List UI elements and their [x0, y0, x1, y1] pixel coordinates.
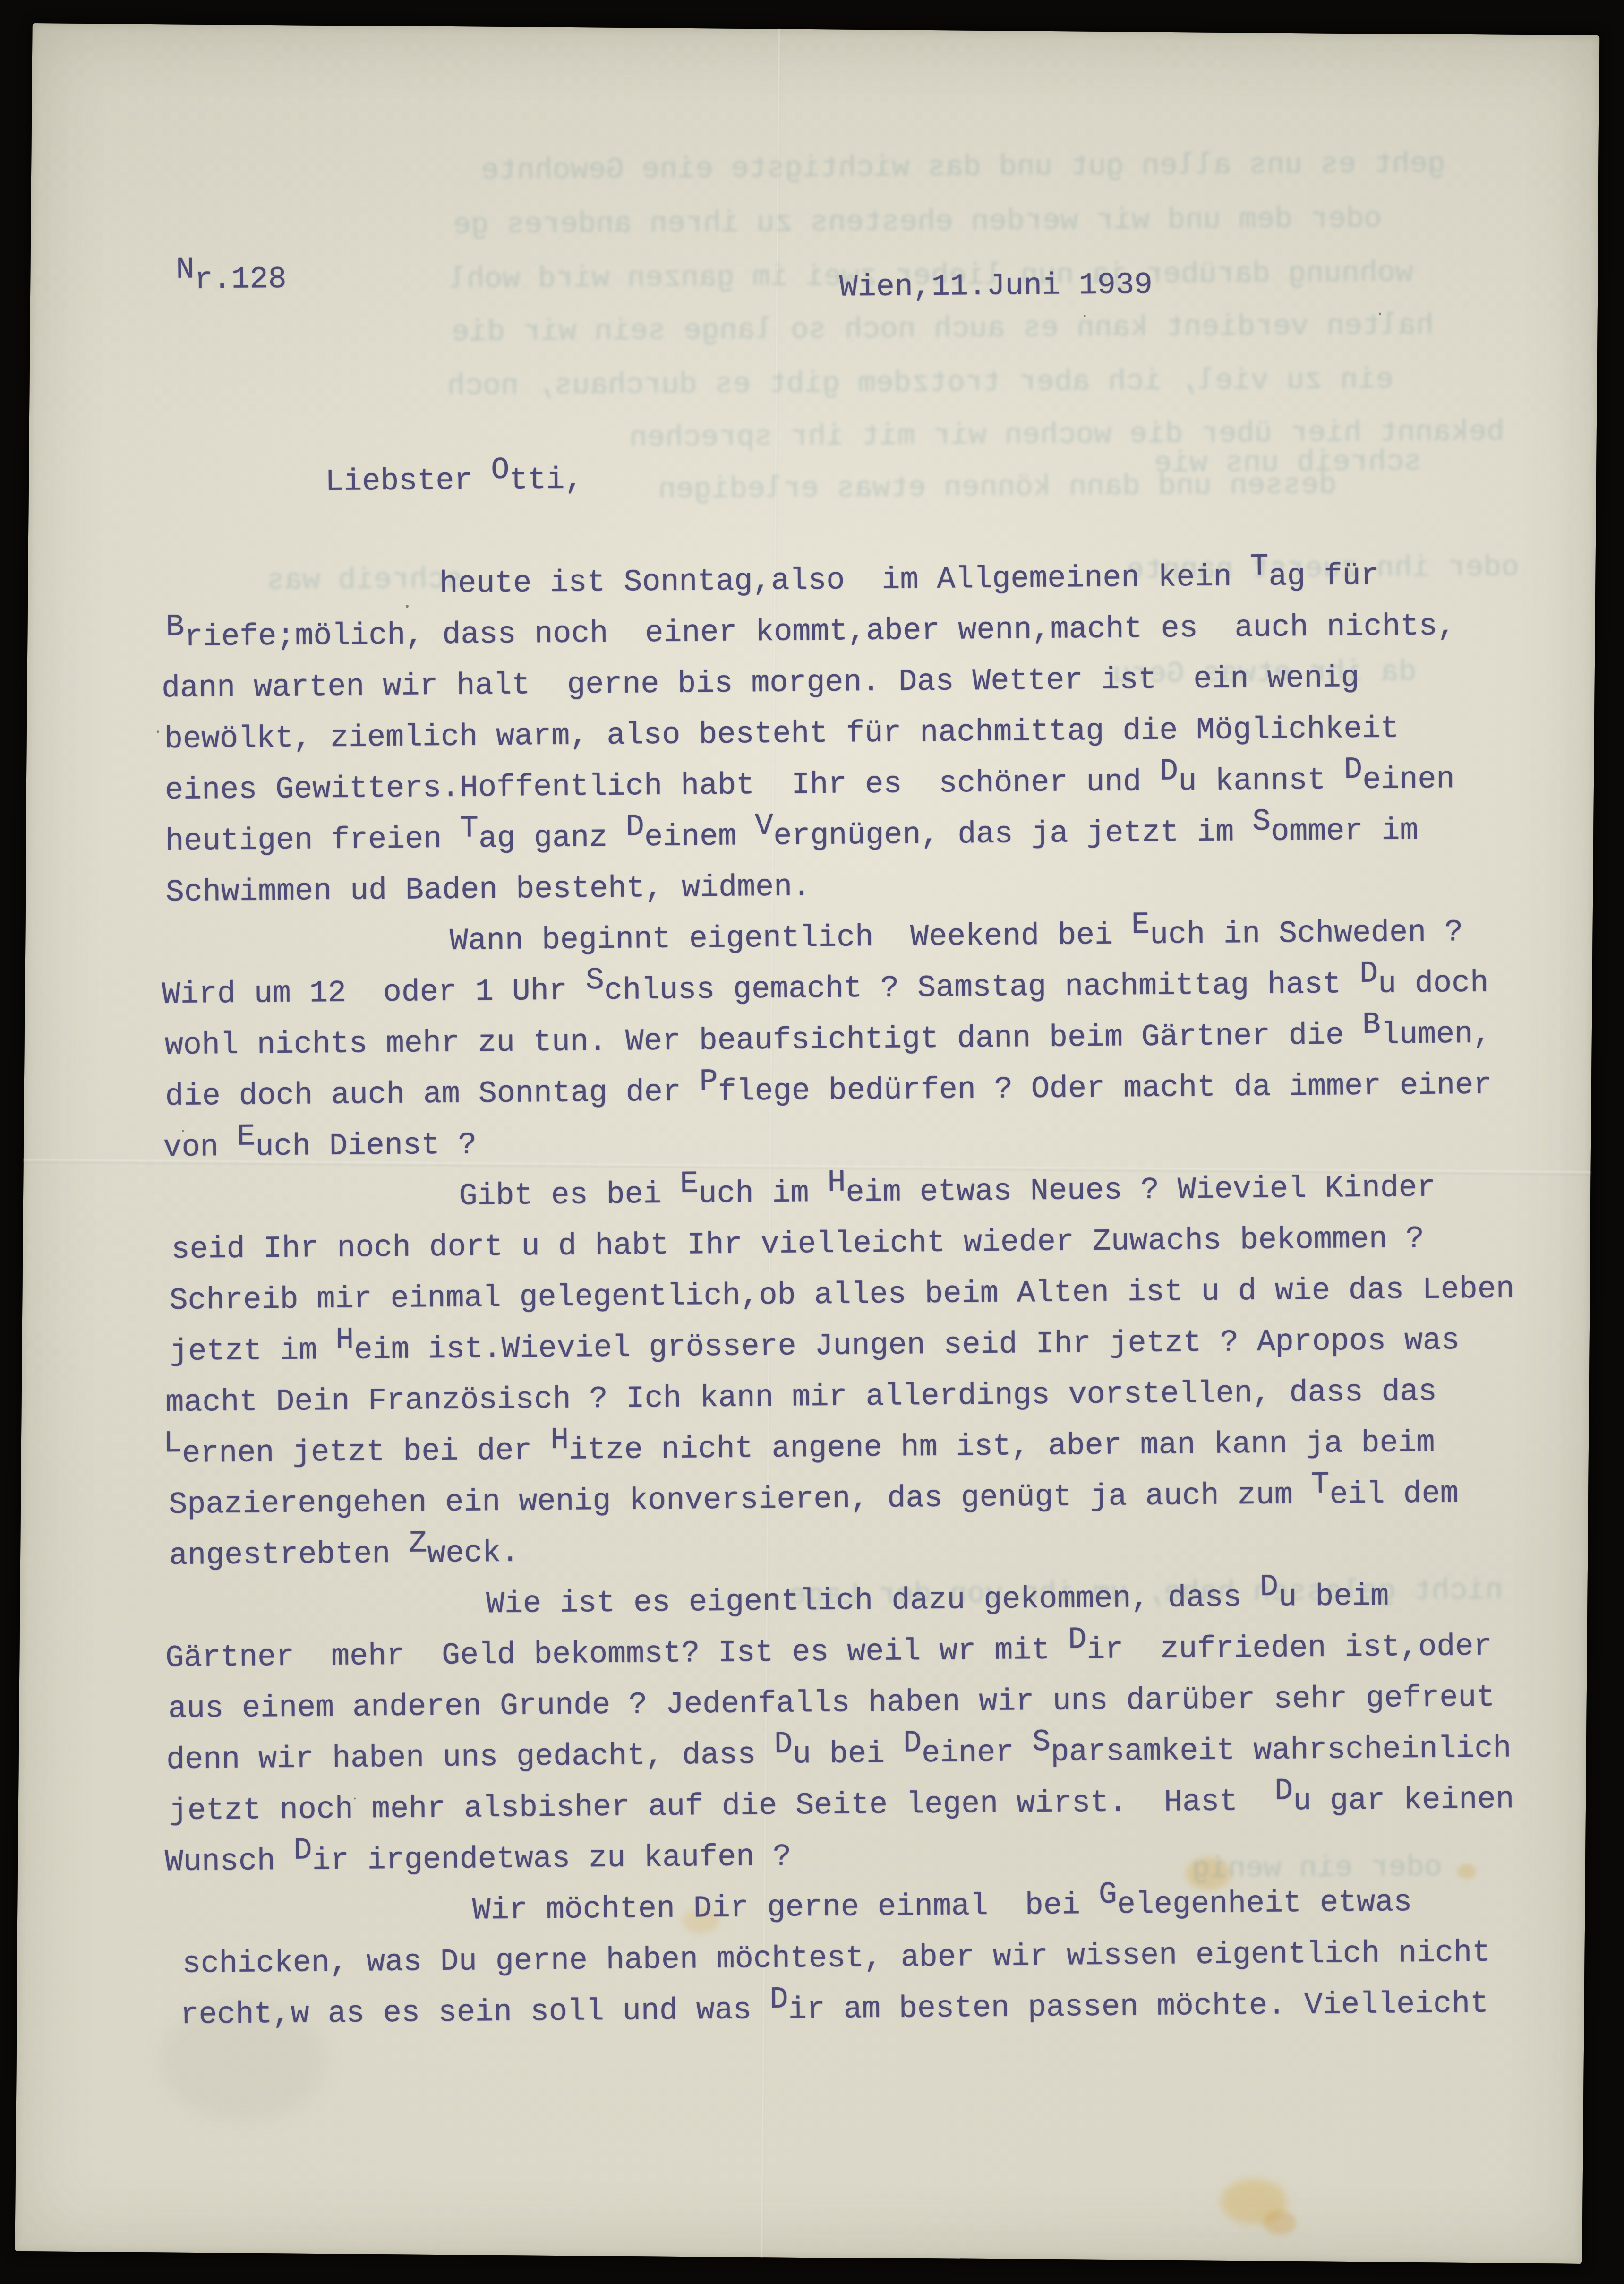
typed-line: bewölkt, ziemlich warm, also besteht für… — [164, 713, 1399, 755]
typed-line: denn wir haben uns gedacht, dass Du bei … — [166, 1733, 1512, 1776]
typed-line: Lernen jetzt bei der Hitze nicht angene … — [163, 1428, 1435, 1469]
typed-line: Schwimmen ud Baden besteht, widmen. — [166, 872, 811, 908]
typed-line: macht Dein Französisch ? Ich kann mir al… — [165, 1377, 1437, 1418]
typed-line: Wien,11.Juni 1939 — [839, 270, 1153, 303]
typed-line: Wird um 12 oder 1 Uhr Schluss gemacht ? … — [162, 968, 1489, 1011]
typed-line: Wunsch Dir irgendetwas zu kaufen ? — [165, 1842, 792, 1878]
typed-line: Spazierengehen ein wenig konversieren, d… — [169, 1478, 1459, 1520]
typed-line: jetzt im Heim ist.Wieviel grössere Junge… — [170, 1325, 1460, 1367]
typed-line: dann warten wir halt gerne bis morgen. D… — [162, 663, 1359, 704]
typed-line: Gibt es bei Euch im Heim etwas Neues ? W… — [459, 1173, 1436, 1212]
typed-line: aus einem anderen Grunde ? Jedenfalls ha… — [168, 1683, 1495, 1725]
typed-line: heutigen freien Tag ganz Deinem Vergnüge… — [165, 816, 1419, 857]
typed-line: Wie ist es eigentlich dazu gekommen, das… — [486, 1581, 1389, 1620]
typed-line: recht,w as es sein soll und was Dir am b… — [180, 1989, 1488, 2031]
typed-line: schicken, was Du gerne haben möchtest, a… — [182, 1938, 1490, 1980]
typed-line: jetzt noch mehr alsbisher auf die Seite … — [169, 1784, 1514, 1827]
photo-background: geht es uns allen gut und das wichtigste… — [0, 0, 1624, 2284]
typed-line: von Euch Dienst ? — [163, 1130, 477, 1163]
letter-text-layer: Nr.128Wien,11.Juni 1939Liebster Otti,heu… — [0, 0, 1624, 2284]
typed-line: wohl nichts mehr zu tun. Wer beaufsichti… — [165, 1019, 1492, 1062]
typed-line: heute ist Sonntag,also im Allgemeinen ke… — [439, 561, 1379, 600]
typed-line: Wir möchten Dir gerne einmal bei Gelegen… — [472, 1887, 1412, 1926]
typed-line: Briefe;mölich, dass noch einer kommt,abe… — [166, 611, 1456, 653]
typed-line: eines Gewitters.Hoffentlich habt Ihr es … — [165, 764, 1455, 806]
typed-line: Nr.128 — [176, 264, 287, 296]
typed-line: Gärtner mehr Geld bekommst? Ist es weil … — [165, 1631, 1492, 1674]
typed-line: Wann beginnt eigentlich Weekend bei Euch… — [450, 917, 1463, 957]
typed-line: Liebster Otti, — [325, 464, 583, 498]
typed-line: angestrebten Zweck. — [169, 1538, 520, 1571]
typed-line: seid Ihr noch dort u d habt Ihr vielleic… — [171, 1224, 1424, 1265]
typed-line: die doch auch am Sonntag der Pflege bedü… — [165, 1070, 1492, 1113]
typed-line: Schreib mir einmal gelegentlich,ob alles… — [169, 1274, 1514, 1316]
